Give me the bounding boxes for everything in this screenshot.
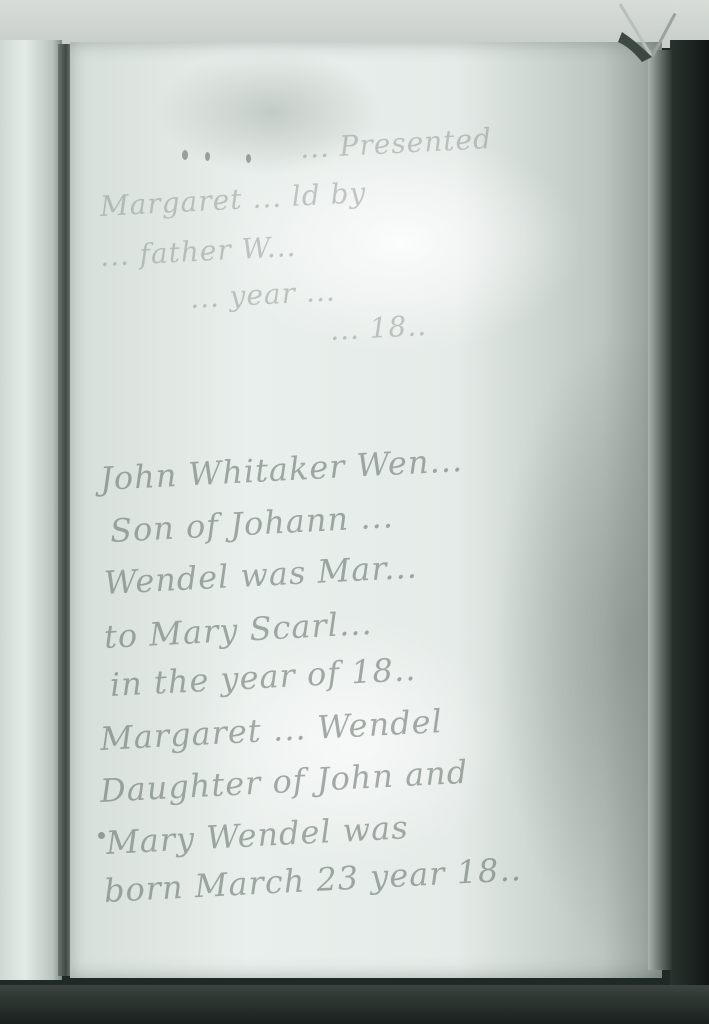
main-line-4: to Mary Scarl... [103,604,373,656]
main-line-7: Daughter of John and [99,753,469,810]
top-line-1: ... Presented [299,122,493,165]
main-line-9: born March 23 year 18.. [103,850,523,910]
main-line-2: Son of Johann ... [109,497,395,550]
metal-clip-icon [612,2,682,72]
background-wall [0,0,709,48]
left-page-fragment [0,40,62,980]
top-line-5: ... 18.. [329,309,428,347]
main-line-3: Wendel was Mar... [103,548,418,602]
flyleaf-page: ... Presented Margaret ... ld by ... fat… [70,42,662,978]
main-line-8: Mary Wendel was [105,808,410,862]
main-line-6: Margaret ... Wendel [99,702,444,758]
handwritten-inscription: ... Presented Margaret ... ld by ... fat… [70,42,662,978]
shelf-surface [0,985,709,1024]
top-line-4: ... year ... [189,274,336,315]
top-line-3: ... father W... [99,230,297,273]
top-line-2: Margaret ... ld by [99,176,367,223]
main-line-1: John Whitaker Wen... [99,441,464,498]
page-edge-shadow [648,50,672,970]
main-line-5: in the year of 18.. [109,650,417,704]
background-dark-right [670,40,709,990]
